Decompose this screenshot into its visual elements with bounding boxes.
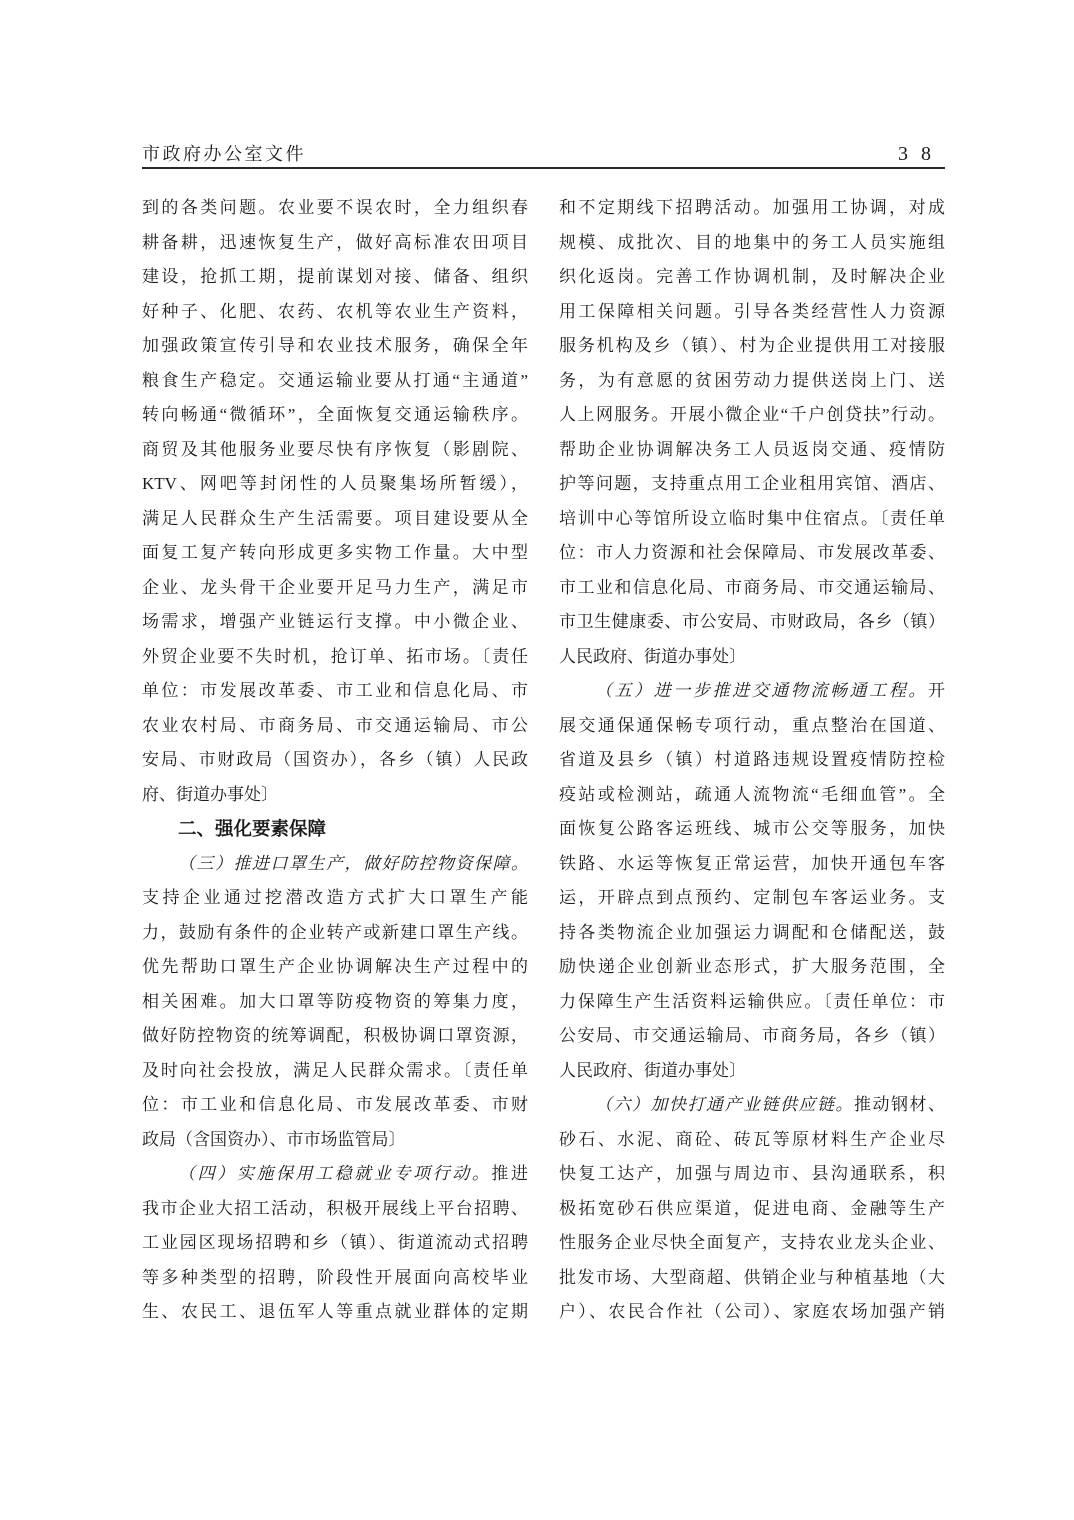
text-run: 极拓宽砂石供应渠道，促进电商、金融等生产 <box>559 1199 945 1218</box>
text-line: 单位：市发展改革委、市工业和信息化局、市 <box>142 674 528 709</box>
text-line: 规模、成批次、目的地集中的务工人员实施组 <box>559 226 945 261</box>
text-line: 人民政府、街道办事处〕 <box>559 640 945 675</box>
text-line: 极拓宽砂石供应渠道，促进电商、金融等生产 <box>559 1192 945 1227</box>
text-run: 疫站或检测站，疏通人流物流“毛细血管”。全 <box>559 785 945 804</box>
right-column: 和不定期线下招聘活动。加强用工协调，对成规模、成批次、目的地集中的务工人员实施组… <box>559 191 945 1330</box>
text-run: 优先帮助口罩生产企业协调解决生产过程中的 <box>142 957 528 976</box>
text-run: 满足人民群众生产生活需要。项目建设要从全 <box>142 509 528 528</box>
text-run: 推进 <box>491 1164 528 1183</box>
text-run: 市工业和信息化局、市商务局、市交通运输局、 <box>559 578 945 597</box>
text-run: 铁路、水运等恢复正常运营，加快开通包车客 <box>559 854 945 873</box>
text-line: 力保障生产生活资料运输供应。〔责任单位：市 <box>559 985 945 1020</box>
text-run: 公安局、市交通运输局、市商务局，各乡（镇） <box>559 1026 945 1045</box>
text-run: 位：市人力资源和社会保障局、市发展改革委、 <box>559 543 945 562</box>
text-run: 展交通保通保畅专项行动，重点整治在国道、 <box>559 716 945 735</box>
text-line: 务，为有意愿的贫困劳动力提供送岗上门、送 <box>559 364 945 399</box>
text-run: 励快递企业创新业态形式，扩大服务范围，全 <box>559 957 945 976</box>
text-line: 面恢复公路客运班线、城市公交等服务，加快 <box>559 812 945 847</box>
text-run: 务，为有意愿的贫困劳动力提供送岗上门、送 <box>559 371 945 390</box>
text-run: 培训中心等馆所设立临时集中住宿点。〔责任单 <box>559 509 945 528</box>
text-line: 商贸及其他服务业要尽快有序恢复（影剧院、 <box>142 433 528 468</box>
text-line: 生、农民工、退伍军人等重点就业群体的定期 <box>142 1295 528 1330</box>
clause-heading: （三）推进口罩生产，做好防控物资保障。 <box>142 847 528 882</box>
text-run: 安局、市财政局（国资办），各乡（镇）人民政 <box>142 750 528 769</box>
text-run: 及时向社会投放，满足人民群众需求。〔责任单 <box>142 1061 528 1080</box>
text-line: KTV、网吧等封闭性的人员聚集场所暂缓）， <box>142 467 528 502</box>
clause-heading-text: （六）加快打通产业链供应链。 <box>595 1095 854 1114</box>
text-run: 做好防控物资的统筹调配，积极协调口罩资源， <box>142 1026 528 1045</box>
text-line: 加强政策宣传引导和农业技术服务，确保全年 <box>142 329 528 364</box>
text-line: 满足人民群众生产生活需要。项目建设要从全 <box>142 502 528 537</box>
text-run: 工业园区现场招聘和乡（镇）、街道流动式招聘 <box>142 1233 528 1252</box>
clause-heading-text: （三）推进口罩生产，做好防控物资保障。 <box>178 854 528 873</box>
text-line: 相关困难。加大口罩等防疫物资的筹集力度， <box>142 985 528 1020</box>
text-run: 服务机构及乡（镇）、村为企业提供用工对接服 <box>559 336 945 355</box>
text-run: 耕备耕，迅速恢复生产，做好高标准农田项目 <box>142 233 528 252</box>
text-run: 企业、龙头骨干企业要开足马力生产，满足市 <box>142 578 528 597</box>
text-line: 户）、农民合作社（公司）、家庭农场加强产销 <box>559 1295 945 1330</box>
text-run: 护等问题，支持重点用工企业租用宾馆、酒店、 <box>559 474 945 493</box>
text-run: 性服务企业尽快全面复产，支持农业龙头企业、 <box>559 1233 945 1252</box>
text-run: 商贸及其他服务业要尽快有序恢复（影剧院、 <box>142 440 528 459</box>
text-line: 位：市工业和信息化局、市发展改革委、市财 <box>142 1088 528 1123</box>
text-run: 推动钢材、 <box>854 1095 945 1114</box>
text-run: 粮食生产稳定。交通运输业要从打通“主通道” <box>142 371 528 390</box>
text-run: 场需求，增强产业链运行支撑。中小微企业、 <box>142 612 528 631</box>
text-run: 建设，抢抓工期，提前谋划对接、储备、组织 <box>142 267 528 286</box>
document-page: 市政府办公室文件 3 8 到的各类问题。农业要不误农时，全力组织春耕备耕，迅速恢… <box>142 128 945 1330</box>
text-run: 支持企业通过挖潜改造方式扩大口罩生产能 <box>142 888 528 907</box>
text-line: 场需求，增强产业链运行支撑。中小微企业、 <box>142 605 528 640</box>
text-run: 帮助企业协调解决务工人员返岗交通、疫情防 <box>559 440 945 459</box>
text-line: 粮食生产稳定。交通运输业要从打通“主通道” <box>142 364 528 399</box>
text-run: 到的各类问题。农业要不误农时，全力组织春 <box>142 198 528 217</box>
text-line: 耕备耕，迅速恢复生产，做好高标准农田项目 <box>142 226 528 261</box>
text-line: 企业、龙头骨干企业要开足马力生产，满足市 <box>142 571 528 606</box>
text-line: 用工保障相关问题。引导各类经营性人力资源 <box>559 295 945 330</box>
text-run: 运，开辟点到点预约、定制包车客运业务。支 <box>559 888 945 907</box>
clause-heading-text: （四）实施保用工稳就业专项行动。 <box>178 1164 491 1183</box>
text-run: 外贸企业要不失时机，抢订单、拓市场。〔责任 <box>142 647 528 666</box>
text-line: 我市企业大招工活动，积极开展线上平台招聘、 <box>142 1192 528 1227</box>
clause-heading: （四）实施保用工稳就业专项行动。推进 <box>142 1157 528 1192</box>
text-line: 面复工复产转向形成更多实物工作量。大中型 <box>142 536 528 571</box>
section-heading-text: 二、强化要素保障 <box>178 818 326 839</box>
text-line: 和不定期线下招聘活动。加强用工协调，对成 <box>559 191 945 226</box>
text-line: 铁路、水运等恢复正常运营，加快开通包车客 <box>559 847 945 882</box>
text-line: 安局、市财政局（国资办），各乡（镇）人民政 <box>142 743 528 778</box>
text-run: 加强政策宣传引导和农业技术服务，确保全年 <box>142 336 528 355</box>
text-run: 用工保障相关问题。引导各类经营性人力资源 <box>559 302 945 321</box>
text-line: 等多种类型的招聘，阶段性开展面向高校毕业 <box>142 1261 528 1296</box>
text-run: 砂石、水泥、商砼、砖瓦等原材料生产企业尽 <box>559 1130 945 1149</box>
text-run: 规模、成批次、目的地集中的务工人员实施组 <box>559 233 945 252</box>
text-line: 励快递企业创新业态形式，扩大服务范围，全 <box>559 950 945 985</box>
text-line: 织化返岗。完善工作协调机制，及时解决企业 <box>559 260 945 295</box>
text-run: 人民政府、街道办事处〕 <box>559 1061 746 1080</box>
text-run: 户）、农民合作社（公司）、家庭农场加强产销 <box>559 1302 945 1321</box>
text-run: 等多种类型的招聘，阶段性开展面向高校毕业 <box>142 1268 528 1287</box>
text-line: 公安局、市交通运输局、市商务局，各乡（镇） <box>559 1019 945 1054</box>
text-line: 砂石、水泥、商砼、砖瓦等原材料生产企业尽 <box>559 1123 945 1158</box>
text-line: 农业农村局、市商务局、市交通运输局、市公 <box>142 709 528 744</box>
text-line: 市工业和信息化局、市商务局、市交通运输局、 <box>559 571 945 606</box>
clause-heading-text: （五）进一步推进交通物流畅通工程。 <box>595 681 928 700</box>
text-line: 力，鼓励有条件的企业转产或新建口罩生产线。 <box>142 916 528 951</box>
text-run: 织化返岗。完善工作协调机制，及时解决企业 <box>559 267 945 286</box>
clause-heading: （五）进一步推进交通物流畅通工程。开 <box>559 674 945 709</box>
text-line: 好种子、化肥、农药、农机等农业生产资料， <box>142 295 528 330</box>
text-run: 人民政府、街道办事处〕 <box>559 647 746 666</box>
text-line: 支持企业通过挖潜改造方式扩大口罩生产能 <box>142 881 528 916</box>
text-line: 展交通保通保畅专项行动，重点整治在国道、 <box>559 709 945 744</box>
text-line: 工业园区现场招聘和乡（镇）、街道流动式招聘 <box>142 1226 528 1261</box>
text-line: 性服务企业尽快全面复产，支持农业龙头企业、 <box>559 1226 945 1261</box>
text-line: 护等问题，支持重点用工企业租用宾馆、酒店、 <box>559 467 945 502</box>
text-line: 省道及县乡（镇）村道路违规设置疫情防控检 <box>559 743 945 778</box>
text-run: KTV、网吧等封闭性的人员聚集场所暂缓）， <box>142 474 528 493</box>
section-heading: 二、强化要素保障 <box>142 812 528 847</box>
text-line: 府、街道办事处〕 <box>142 778 528 813</box>
text-run: 省道及县乡（镇）村道路违规设置疫情防控检 <box>559 750 945 769</box>
text-line: 及时向社会投放，满足人民群众需求。〔责任单 <box>142 1054 528 1089</box>
text-run: 生、农民工、退伍军人等重点就业群体的定期 <box>142 1302 528 1321</box>
body-columns: 到的各类问题。农业要不误农时，全力组织春耕备耕，迅速恢复生产，做好高标准农田项目… <box>142 191 945 1330</box>
page-number: 3 8 <box>898 143 945 166</box>
clause-heading: （六）加快打通产业链供应链。推动钢材、 <box>559 1088 945 1123</box>
text-line: 服务机构及乡（镇）、村为企业提供用工对接服 <box>559 329 945 364</box>
text-run: 单位：市发展改革委、市工业和信息化局、市 <box>142 681 528 700</box>
text-line: 运，开辟点到点预约、定制包车客运业务。支 <box>559 881 945 916</box>
text-run: 人上网服务。开展小微企业“千户创贷扶”行动。 <box>559 405 945 424</box>
text-run: 面复工复产转向形成更多实物工作量。大中型 <box>142 543 528 562</box>
text-line: 疫站或检测站，疏通人流物流“毛细血管”。全 <box>559 778 945 813</box>
text-line: 做好防控物资的统筹调配，积极协调口罩资源， <box>142 1019 528 1054</box>
text-line: 持各类物流企业加强运力调配和仓储配送，鼓 <box>559 916 945 951</box>
text-line: 市卫生健康委、市公安局、市财政局，各乡（镇） <box>559 605 945 640</box>
text-run: 开 <box>928 681 945 700</box>
text-line: 外贸企业要不失时机，抢订单、拓市场。〔责任 <box>142 640 528 675</box>
text-run: 位：市工业和信息化局、市发展改革委、市财 <box>142 1095 528 1114</box>
text-line: 政局（含国资办）、市市场监管局〕 <box>142 1123 528 1158</box>
text-run: 市卫生健康委、市公安局、市财政局，各乡（镇） <box>559 612 945 631</box>
text-line: 到的各类问题。农业要不误农时，全力组织春 <box>142 191 528 226</box>
text-line: 批发市场、大型商超、供销企业与种植基地（大 <box>559 1261 945 1296</box>
text-run: 政局（含国资办）、市市场监管局〕 <box>142 1130 406 1149</box>
header-title: 市政府办公室文件 <box>142 140 306 166</box>
text-run: 和不定期线下招聘活动。加强用工协调，对成 <box>559 198 945 217</box>
text-line: 位：市人力资源和社会保障局、市发展改革委、 <box>559 536 945 571</box>
text-run: 府、街道办事处〕 <box>142 785 278 804</box>
text-line: 人上网服务。开展小微企业“千户创贷扶”行动。 <box>559 398 945 433</box>
text-line: 帮助企业协调解决务工人员返岗交通、疫情防 <box>559 433 945 468</box>
text-line: 优先帮助口罩生产企业协调解决生产过程中的 <box>142 950 528 985</box>
text-run: 持各类物流企业加强运力调配和仓储配送，鼓 <box>559 923 945 942</box>
text-run: 转向畅通“微循环”，全面恢复交通运输秩序。 <box>142 405 528 424</box>
text-run: 好种子、化肥、农药、农机等农业生产资料， <box>142 302 528 321</box>
text-line: 转向畅通“微循环”，全面恢复交通运输秩序。 <box>142 398 528 433</box>
text-run: 批发市场、大型商超、供销企业与种植基地（大 <box>559 1268 945 1287</box>
text-line: 人民政府、街道办事处〕 <box>559 1054 945 1089</box>
text-line: 快复工达产，加强与周边市、县沟通联系，积 <box>559 1157 945 1192</box>
text-line: 建设，抢抓工期，提前谋划对接、储备、组织 <box>142 260 528 295</box>
left-column: 到的各类问题。农业要不误农时，全力组织春耕备耕，迅速恢复生产，做好高标准农田项目… <box>142 191 528 1330</box>
text-run: 力保障生产生活资料运输供应。〔责任单位：市 <box>559 992 945 1011</box>
text-line: 培训中心等馆所设立临时集中住宿点。〔责任单 <box>559 502 945 537</box>
text-run: 面恢复公路客运班线、城市公交等服务，加快 <box>559 819 945 838</box>
text-run: 相关困难。加大口罩等防疫物资的筹集力度， <box>142 992 528 1011</box>
text-run: 快复工达产，加强与周边市、县沟通联系，积 <box>559 1164 945 1183</box>
text-run: 我市企业大招工活动，积极开展线上平台招聘、 <box>142 1199 528 1218</box>
text-run: 力，鼓励有条件的企业转产或新建口罩生产线。 <box>142 923 528 942</box>
document-header: 市政府办公室文件 3 8 <box>142 128 945 169</box>
text-run: 农业农村局、市商务局、市交通运输局、市公 <box>142 716 528 735</box>
